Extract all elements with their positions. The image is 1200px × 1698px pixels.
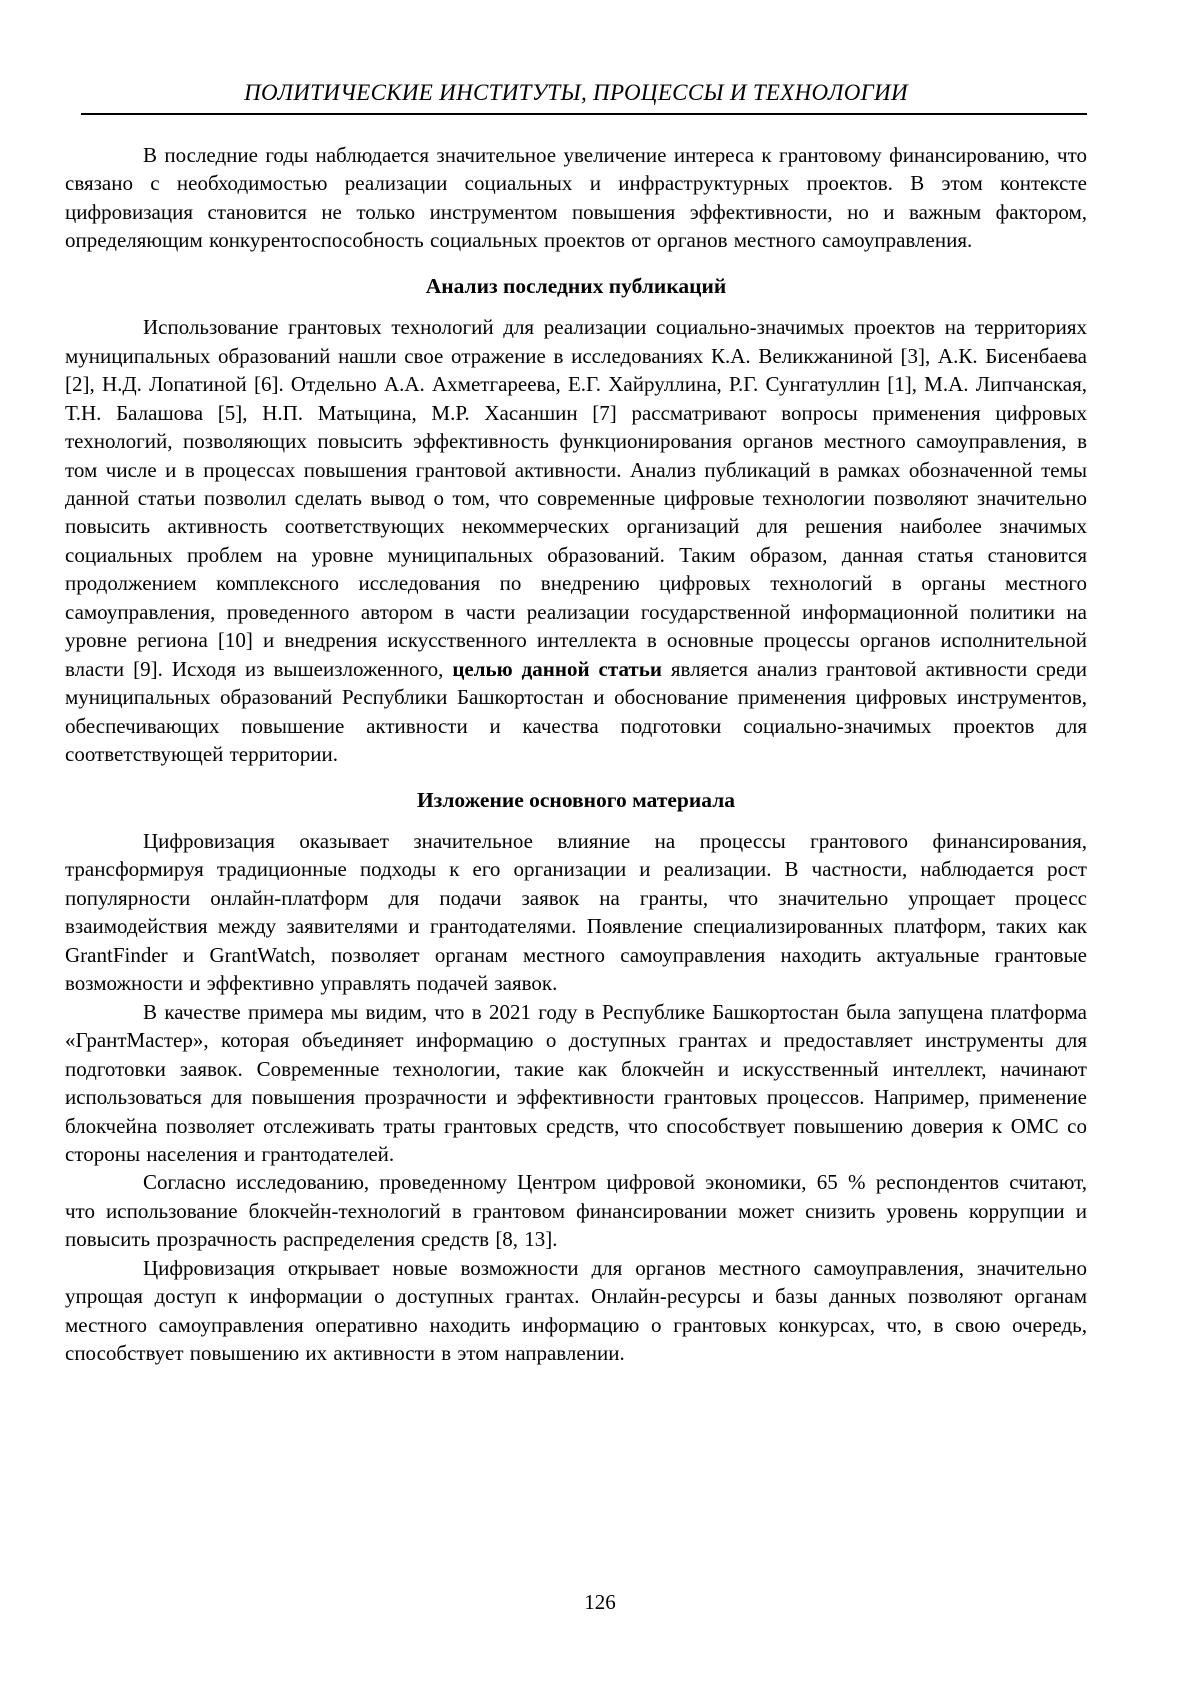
paragraph-publications-text-before-bold: Использование грантовых технологий для р… (65, 315, 1087, 680)
paragraph-blockchain-survey: Согласно исследованию, проведенному Цент… (65, 1168, 1087, 1253)
bold-phrase-article-aim: целью данной статьи (452, 657, 662, 681)
paragraph-intro: В последние годы наблюдается значительно… (65, 141, 1087, 255)
paragraph-digitalization-influence: Цифровизация оказывает значительное влия… (65, 827, 1087, 998)
page-content: ПОЛИТИЧЕСКИЕ ИНСТИТУТЫ, ПРОЦЕССЫ И ТЕХНО… (65, 0, 1087, 1368)
running-head: ПОЛИТИЧЕСКИЕ ИНСТИТУТЫ, ПРОЦЕССЫ И ТЕХНО… (65, 0, 1087, 106)
heading-publications-analysis: Анализ последних публикаций (65, 272, 1087, 300)
header-rule (81, 113, 1087, 115)
paragraph-new-opportunities: Цифровизация открывает новые возможности… (65, 1254, 1087, 1368)
paragraph-grantmaster-example: В качестве примера мы видим, что в 2021 … (65, 998, 1087, 1169)
document-page: ПОЛИТИЧЕСКИЕ ИНСТИТУТЫ, ПРОЦЕССЫ И ТЕХНО… (0, 0, 1200, 1698)
page-number: 126 (0, 1588, 1200, 1616)
paragraph-publications: Использование грантовых технологий для р… (65, 313, 1087, 768)
heading-main-material: Изложение основного материала (65, 786, 1087, 814)
